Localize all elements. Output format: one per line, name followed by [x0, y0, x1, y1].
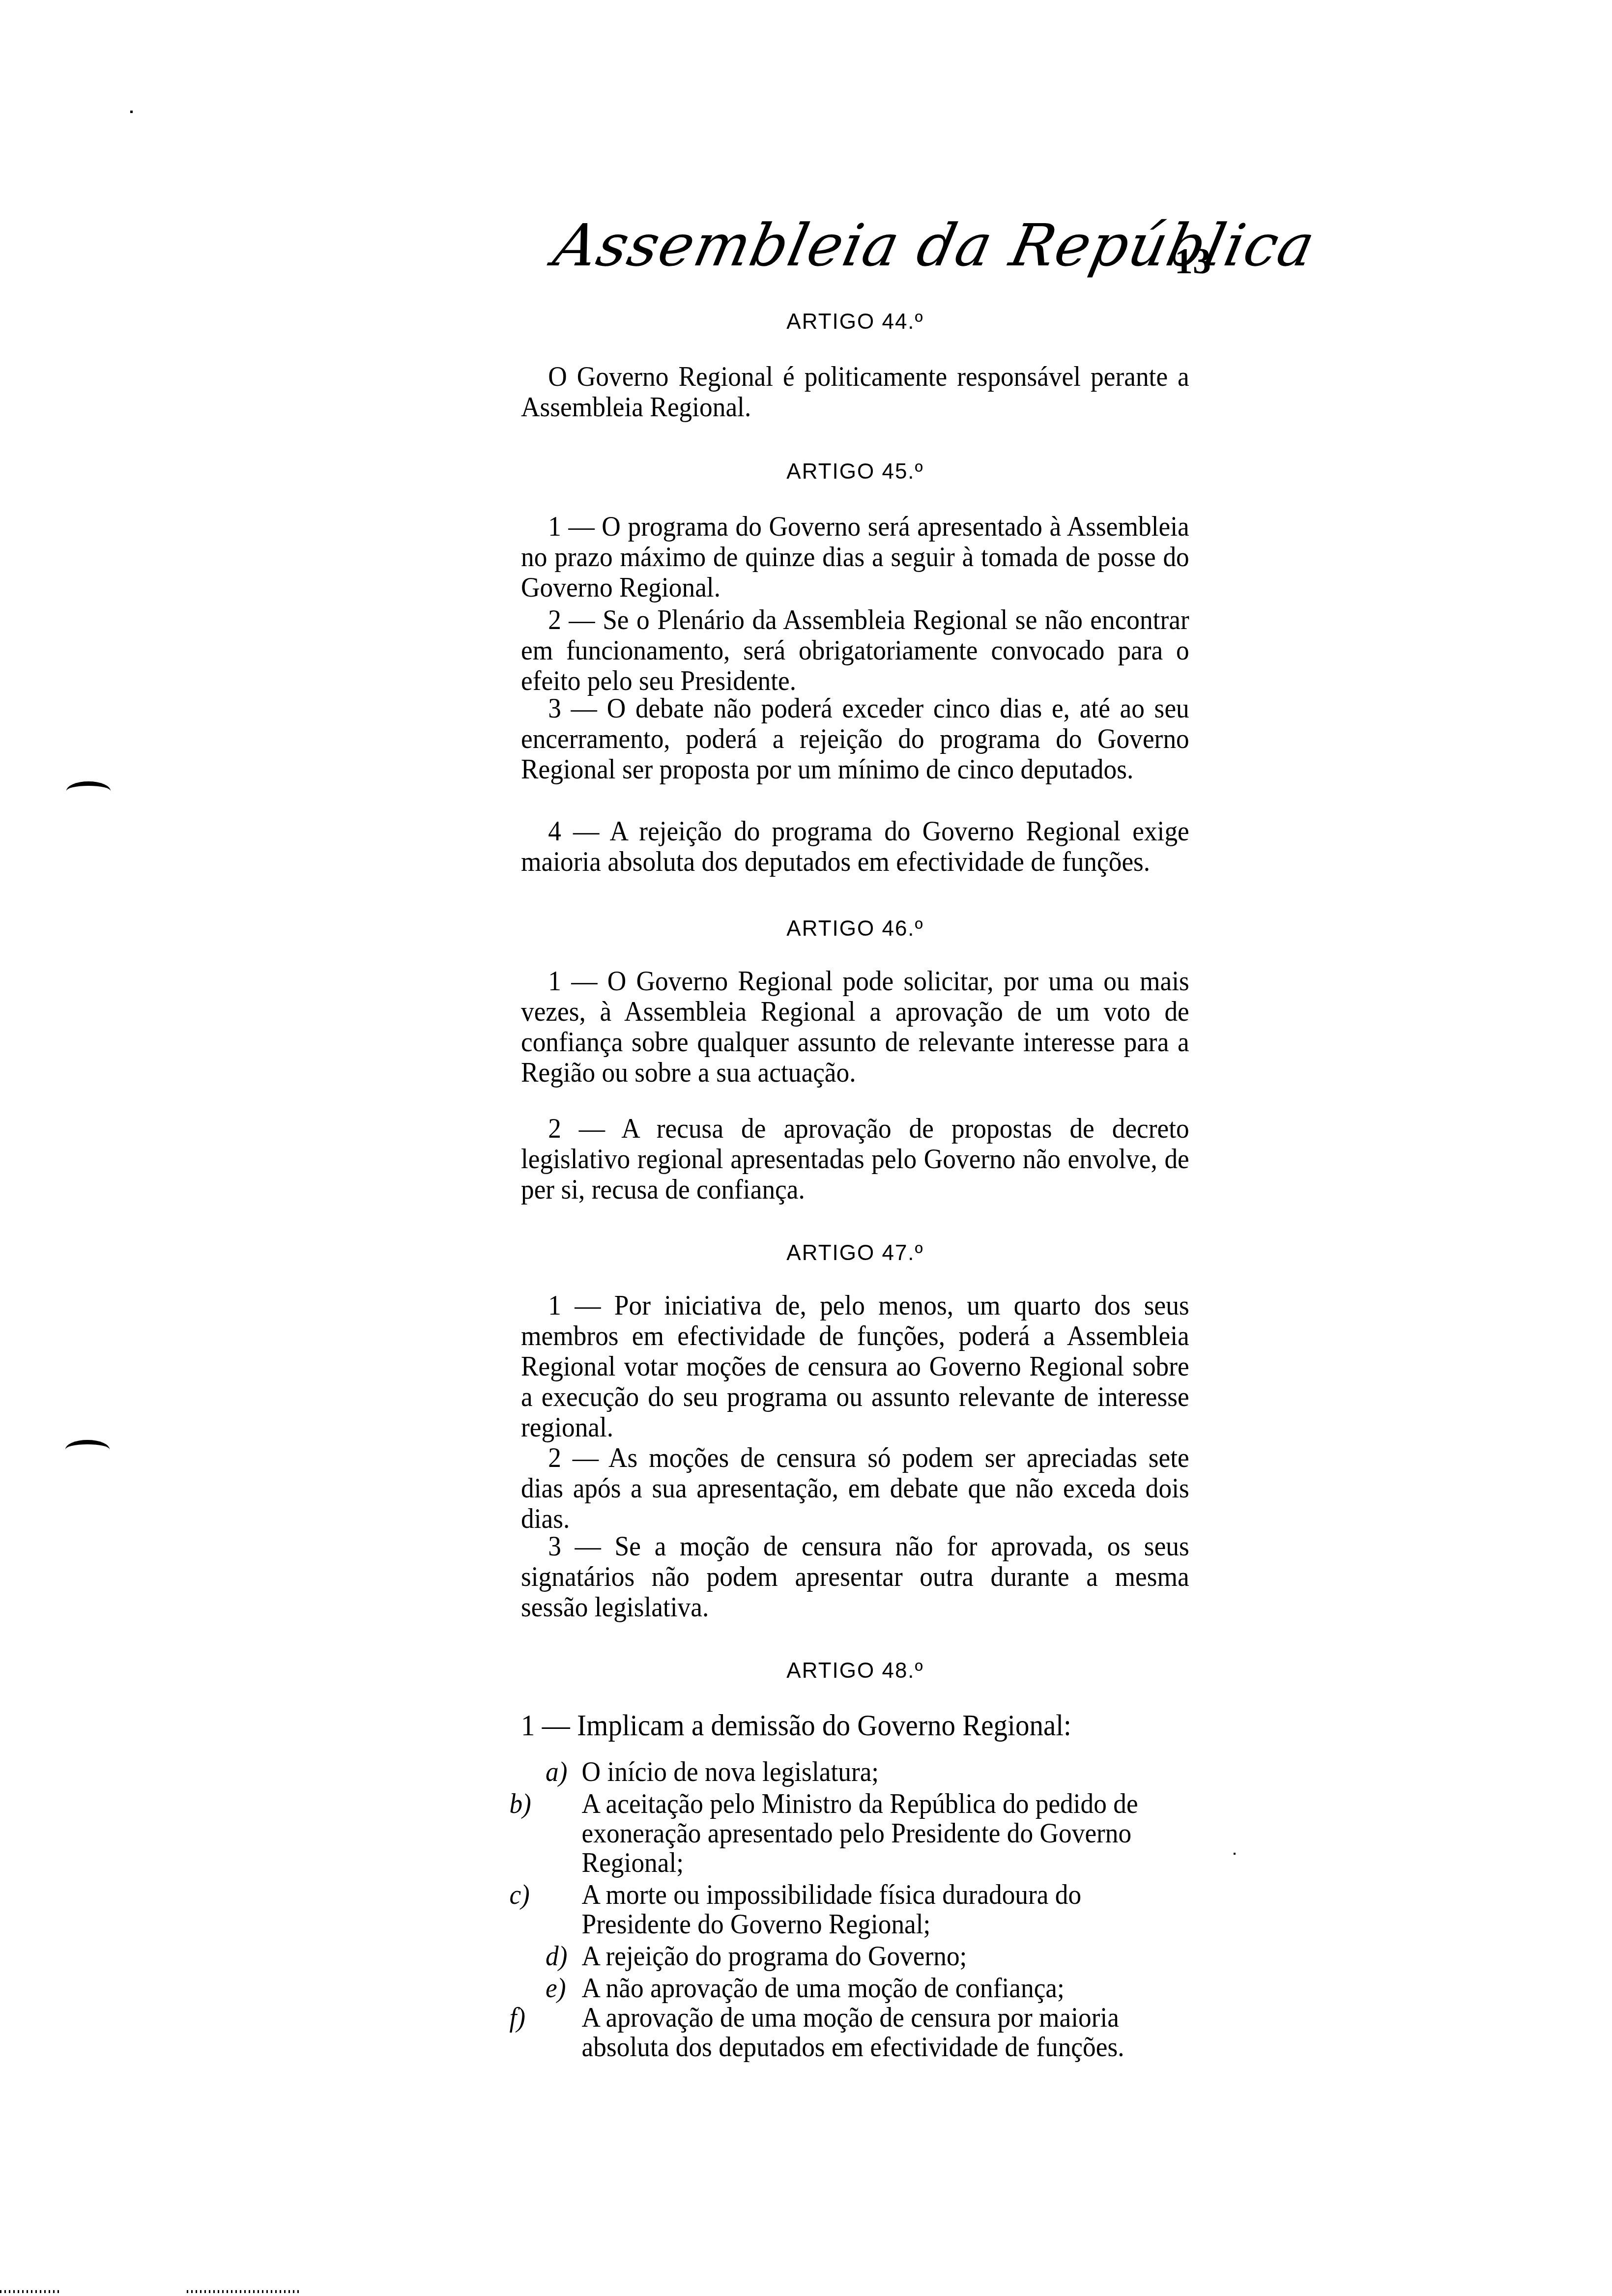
- list-label: f): [546, 2003, 582, 2032]
- paragraph: 4 — A rejeição do programa do Governo Re…: [521, 816, 1189, 877]
- paragraph: 3 — O debate não poderá exceder cinco di…: [521, 693, 1189, 784]
- scan-speck: [1234, 1853, 1236, 1855]
- punch-hole-mark-lower: [65, 1440, 110, 1459]
- paragraph: 3 — Se a moção de censura não for aprova…: [521, 1531, 1189, 1622]
- list-text: A rejeição do programa do Governo;: [582, 1940, 967, 1972]
- list-text: A aceitação pelo Ministro da República d…: [582, 1787, 1138, 1878]
- article-heading: ARTIGO 47.º: [521, 1241, 1189, 1265]
- list-text: O início de nova legislatura;: [582, 1755, 879, 1787]
- list-text: A não aprovação de uma moção de confianç…: [582, 1972, 1065, 2004]
- list-item-e: e)A não aprovação de uma moção de confia…: [546, 1973, 1179, 2003]
- list-item-d: d)A rejeição do programa do Governo;: [546, 1941, 1179, 1971]
- list-item-b: b)A aceitação pelo Ministro da República…: [546, 1789, 1179, 1877]
- paragraph: 1 — Por iniciativa de, pelo menos, um qu…: [521, 1290, 1189, 1442]
- list-item-a: a)O início de nova legislatura;: [546, 1757, 1179, 1786]
- paragraph: 2 — A recusa de aprovação de propostas d…: [521, 1113, 1189, 1205]
- paragraph: O Governo Regional é politicamente respo…: [521, 361, 1189, 422]
- list-label: c): [546, 1880, 582, 1909]
- list-label: b): [546, 1789, 582, 1818]
- list-item-c: c)A morte ou impossibilidade física dura…: [546, 1880, 1179, 1939]
- scan-edge-noise: [0, 2290, 59, 2293]
- list-label: d): [546, 1941, 582, 1971]
- article-heading: ARTIGO 45.º: [521, 459, 1189, 484]
- paragraph: 1 — O Governo Regional pode solicitar, p…: [521, 966, 1189, 1088]
- list-item-f: f)A aprovação de uma moção de censura po…: [546, 2003, 1179, 2062]
- article-heading: ARTIGO 46.º: [521, 917, 1189, 941]
- punch-hole-mark-upper: [66, 781, 111, 801]
- list-text: A morte ou impossibilidade física durado…: [582, 1878, 1082, 1940]
- paragraph: 1 — O programa do Governo será apresenta…: [521, 511, 1189, 603]
- paragraph: 2 — Se o Plenário da Assembleia Regional…: [521, 604, 1189, 696]
- article-heading: ARTIGO 44.º: [521, 310, 1189, 334]
- list-label: a): [546, 1757, 582, 1786]
- list-text: A aprovação de uma moção de censura por …: [582, 2001, 1124, 2063]
- header-title: Assembleia da República: [548, 211, 1142, 279]
- scan-speck: [130, 111, 133, 113]
- scan-edge-noise: [187, 2290, 300, 2293]
- list-label: e): [546, 1973, 582, 2003]
- page-number: 13: [1175, 241, 1211, 283]
- paragraph: 2 — As moções de censura só podem ser ap…: [521, 1442, 1189, 1534]
- article-heading: ARTIGO 48.º: [521, 1659, 1189, 1683]
- paragraph: 1 — Implicam a demissão do Governo Regio…: [521, 1710, 1189, 1741]
